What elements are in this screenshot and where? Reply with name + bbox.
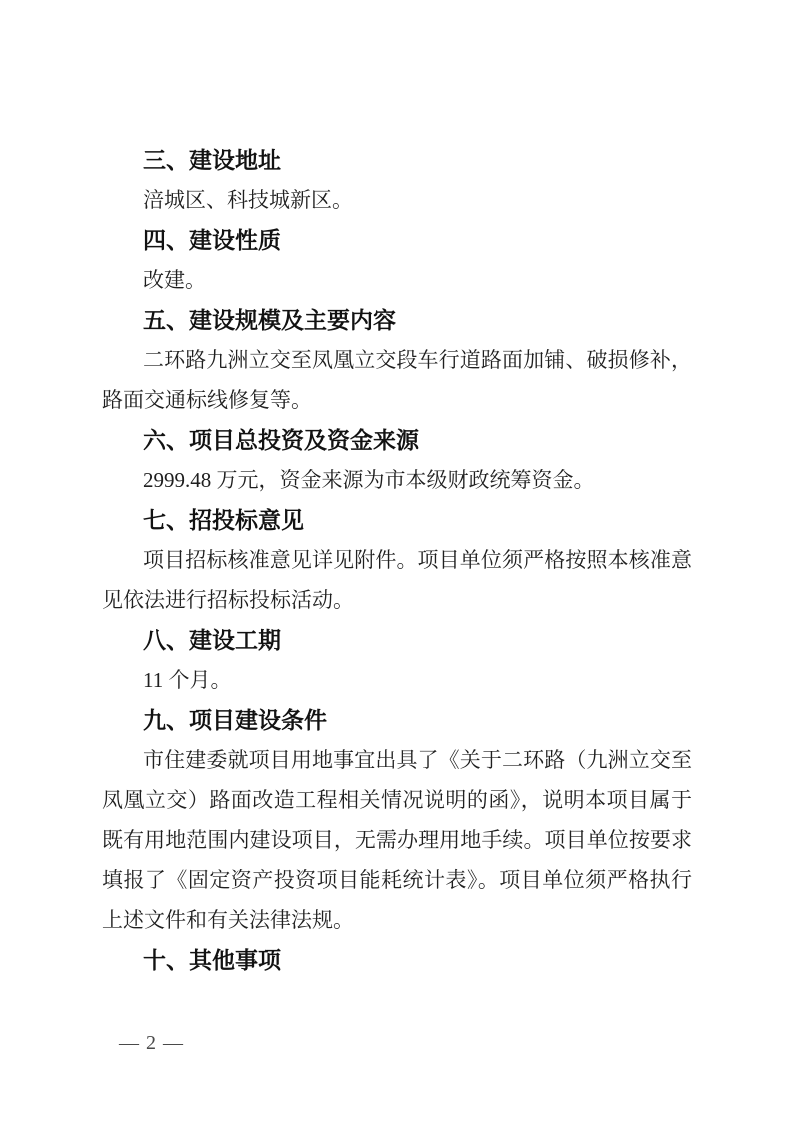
section-bidding-opinion: 七、招投标意见 项目招标核准意见详见附件。项目单位须严格按照本核准意见依法进行招… [102, 500, 692, 620]
section-other-matters: 十、其他事项 [102, 940, 692, 980]
section-heading: 八、建设工期 [102, 620, 692, 660]
section-paragraph: 11 个月。 [102, 660, 692, 700]
page-content: 三、建设地址 涪城区、科技城新区。 四、建设性质 改建。 五、建设规模及主要内容… [102, 140, 692, 980]
section-construction-nature: 四、建设性质 改建。 [102, 220, 692, 300]
section-heading: 三、建设地址 [102, 140, 692, 180]
page-number: — 2 — [119, 1031, 184, 1055]
section-heading: 九、项目建设条件 [102, 700, 692, 740]
section-paragraph: 市住建委就项目用地事宜出具了《关于二环路（九洲立交至凤凰立交）路面改造工程相关情… [102, 740, 692, 940]
section-scale-and-content: 五、建设规模及主要内容 二环路九洲立交至凤凰立交段车行道路面加铺、破损修补，路面… [102, 300, 692, 420]
section-paragraph: 项目招标核准意见详见附件。项目单位须严格按照本核准意见依法进行招标投标活动。 [102, 540, 692, 620]
section-heading: 七、招投标意见 [102, 500, 692, 540]
section-heading: 六、项目总投资及资金来源 [102, 420, 692, 460]
section-heading: 五、建设规模及主要内容 [102, 300, 692, 340]
section-paragraph: 2999.48 万元，资金来源为市本级财政统筹资金。 [102, 460, 692, 500]
section-heading: 四、建设性质 [102, 220, 692, 260]
section-construction-period: 八、建设工期 11 个月。 [102, 620, 692, 700]
section-paragraph: 涪城区、科技城新区。 [102, 180, 692, 220]
document-page: 三、建设地址 涪城区、科技城新区。 四、建设性质 改建。 五、建设规模及主要内容… [0, 0, 793, 1122]
section-construction-address: 三、建设地址 涪城区、科技城新区。 [102, 140, 692, 220]
section-paragraph: 改建。 [102, 260, 692, 300]
section-investment-funding: 六、项目总投资及资金来源 2999.48 万元，资金来源为市本级财政统筹资金。 [102, 420, 692, 500]
section-project-conditions: 九、项目建设条件 市住建委就项目用地事宜出具了《关于二环路（九洲立交至凤凰立交）… [102, 700, 692, 940]
section-paragraph: 二环路九洲立交至凤凰立交段车行道路面加铺、破损修补，路面交通标线修复等。 [102, 340, 692, 420]
section-heading: 十、其他事项 [102, 940, 692, 980]
